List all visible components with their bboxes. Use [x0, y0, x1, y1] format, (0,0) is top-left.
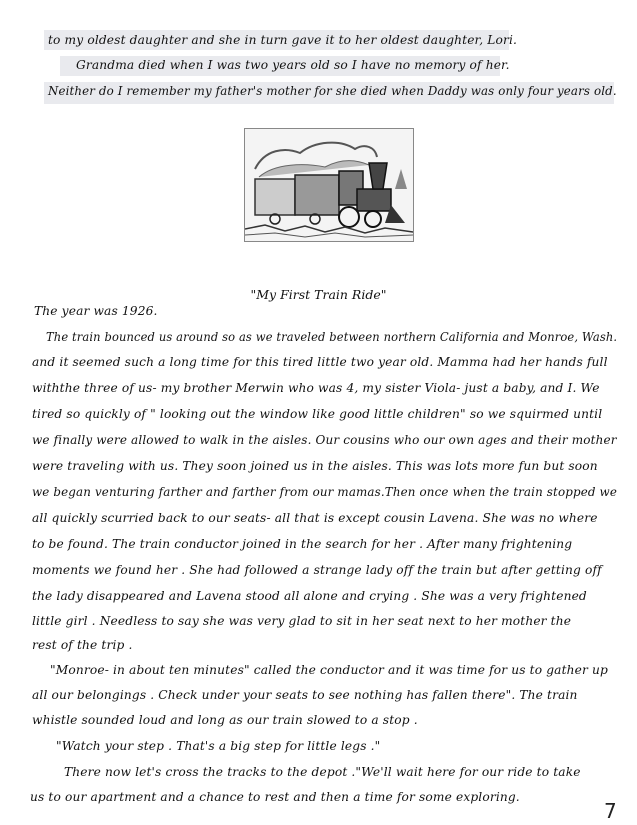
- body-line: tired so quickly of " looking out the wi…: [32, 407, 602, 421]
- top-line-2: Grandma died when I was two years old so…: [76, 58, 510, 72]
- page-number: 7: [604, 799, 617, 823]
- body-line: all quickly scurried back to our seats- …: [32, 511, 598, 525]
- body-line: withthe three of us- my brother Merwin w…: [32, 381, 600, 395]
- body-line: There now let's cross the tracks to the …: [64, 765, 581, 779]
- body-line: to be found. The train conductor joined …: [32, 537, 572, 551]
- body-line: whistle sounded loud and long as our tra…: [32, 713, 418, 727]
- body-line: "Monroe- in about ten minutes" called th…: [50, 663, 608, 677]
- body-line: moments we found her . She had followed …: [32, 563, 602, 577]
- body-line: we began venturing farther and farther f…: [32, 485, 617, 499]
- body-line: little girl . Needless to say she was ve…: [32, 614, 571, 628]
- story-title: "My First Train Ride": [0, 287, 637, 302]
- body-line: "Watch your step . That's a big step for…: [56, 739, 380, 753]
- body-line: all our belongings . Check under your se…: [32, 688, 578, 702]
- body-line: rest of the trip .: [32, 638, 133, 652]
- body-line: The year was 1926.: [34, 304, 158, 318]
- body-line: The train bounced us around so as we tra…: [46, 330, 617, 344]
- top-line-3: Neither do I remember my father's mother…: [48, 84, 617, 98]
- body-line: we finally were allowed to walk in the a…: [32, 433, 617, 447]
- body-line: us to our apartment and a chance to rest…: [30, 790, 520, 804]
- top-line-1: to my oldest daughter and she in turn ga…: [48, 33, 517, 47]
- body-line: were traveling with us. They soon joined…: [32, 459, 598, 473]
- body-line: and it seemed such a long time for this …: [32, 355, 608, 369]
- steam-train-icon: [245, 129, 413, 241]
- body-line: the lady disappeared and Lavena stood al…: [32, 589, 587, 603]
- train-illustration: [244, 128, 414, 242]
